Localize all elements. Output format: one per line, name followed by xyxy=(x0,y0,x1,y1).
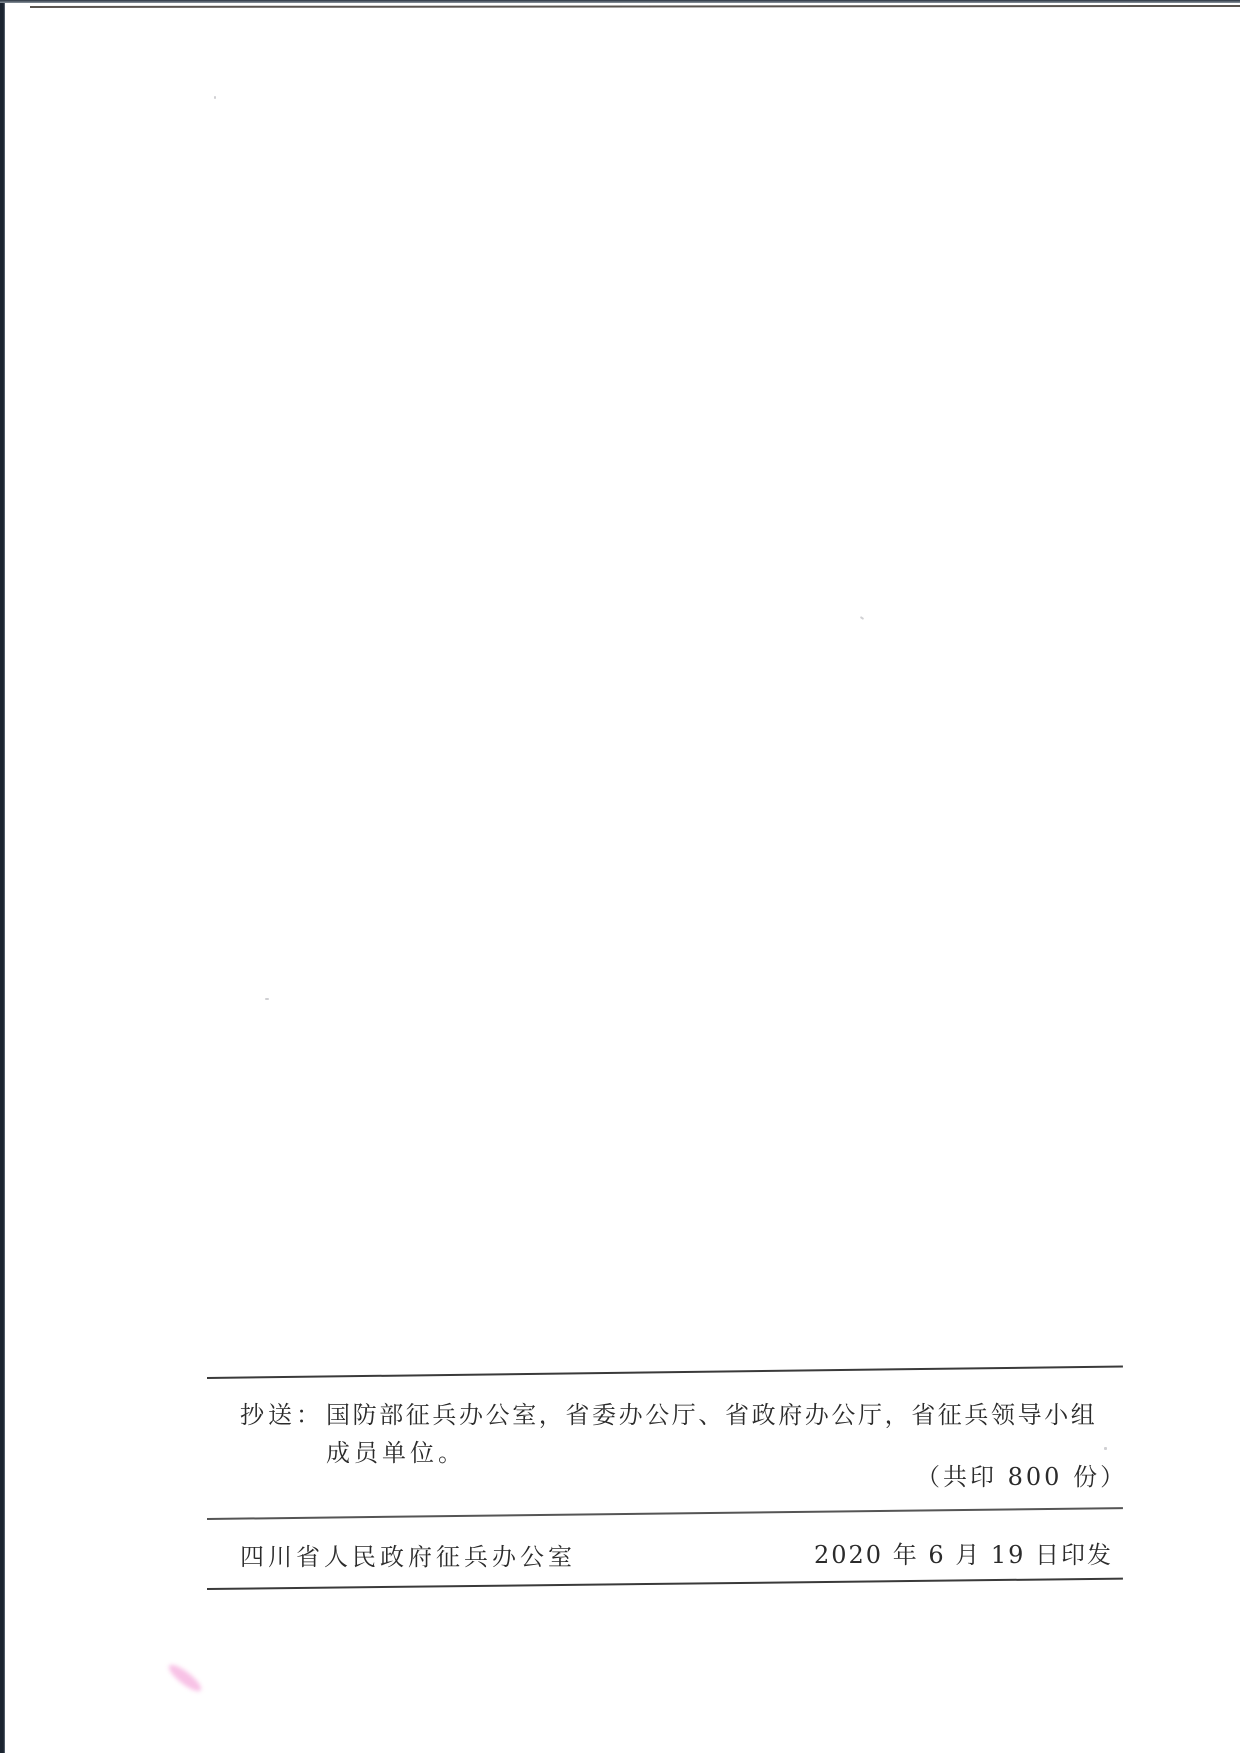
colophon-rule-bottom xyxy=(207,1578,1123,1590)
copy-to-recipients-line-1: 国防部征兵办公室，省委办公厅、省政府办公厅，省征兵领导小组 xyxy=(326,1400,1124,1430)
ink-smudge xyxy=(166,1661,205,1695)
scan-speck xyxy=(1104,1447,1107,1450)
copy-to-recipients-line-2: 成员单位。 xyxy=(326,1438,466,1468)
colophon-rule-middle xyxy=(207,1507,1123,1519)
issuing-office: 四川省人民政府征兵办公室 xyxy=(240,1542,576,1572)
print-count: （共印 800 份） xyxy=(916,1462,1127,1492)
colophon-rule-top xyxy=(207,1365,1123,1379)
scan-speck xyxy=(265,998,269,1000)
scan-edge-left xyxy=(0,0,5,1753)
top-border-line xyxy=(30,5,1240,8)
scan-speck xyxy=(214,96,216,99)
scan-edge-top xyxy=(0,0,1240,3)
issue-date: 2020 年 6 月 19 日印发 xyxy=(814,1540,1113,1570)
scan-speck xyxy=(860,616,864,620)
copy-to-label: 抄送： xyxy=(240,1400,324,1430)
